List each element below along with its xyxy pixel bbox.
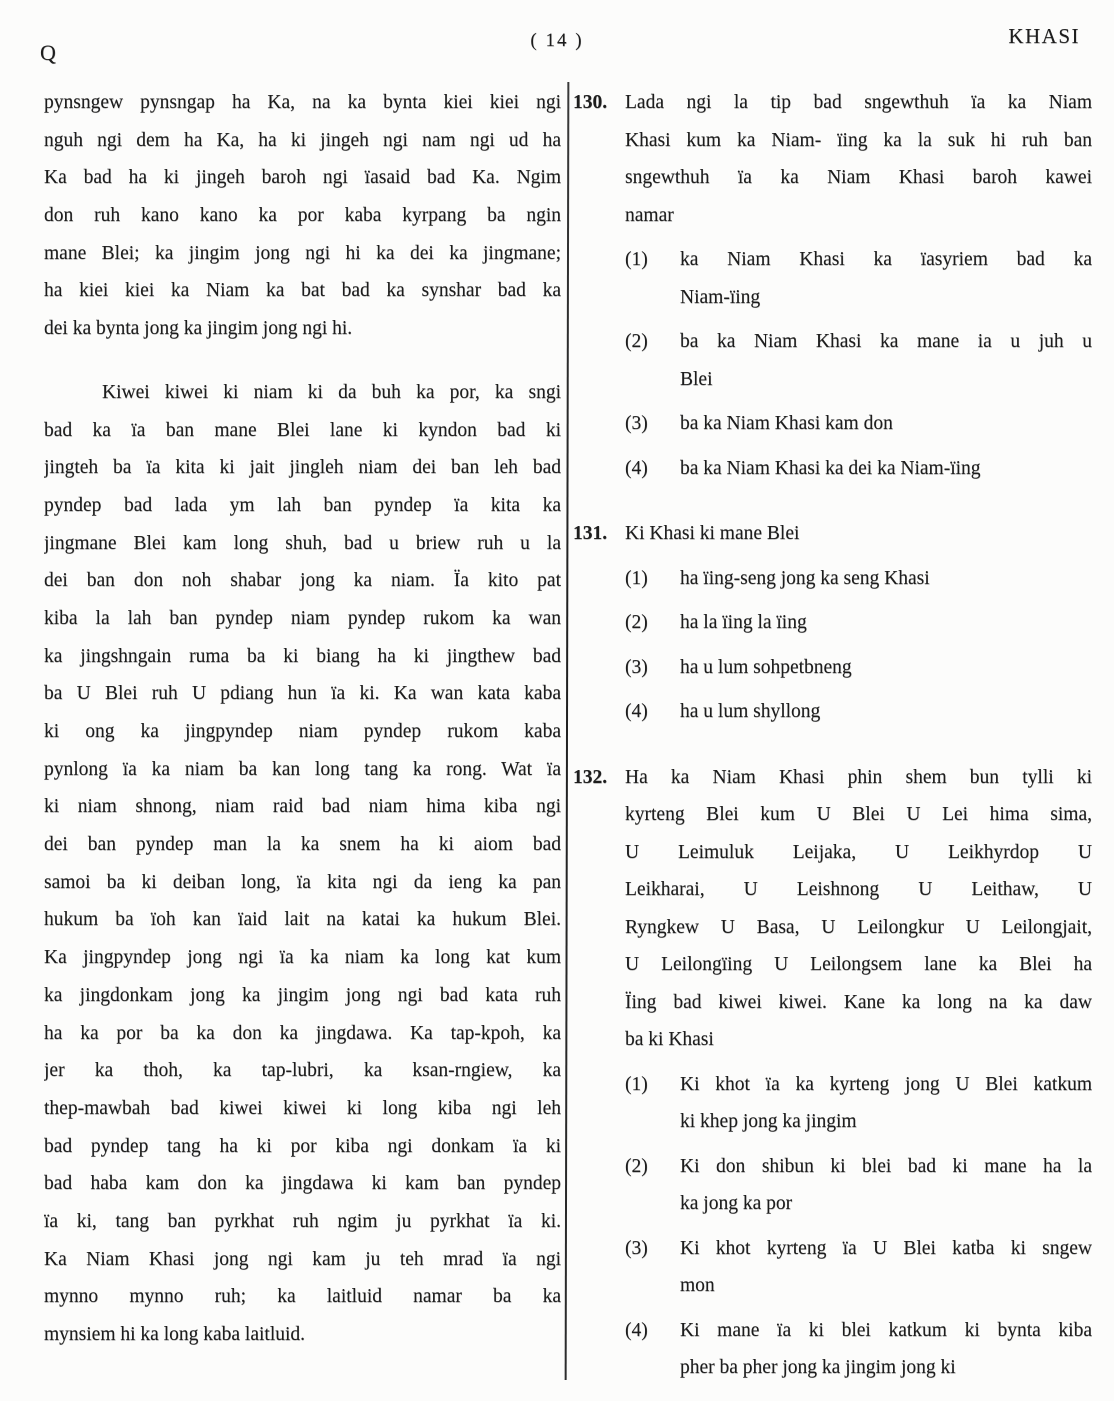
options-list: (1) ha ïing-seng jong ka seng Khasi (2) … bbox=[625, 560, 1092, 731]
text-line: mane Blei; ka jingim jong ngi hi ka dei … bbox=[44, 235, 561, 273]
options-list: (1) ka Niam Khasi ka ïasyriem bad kaNiam… bbox=[625, 241, 1092, 487]
text-line: ki ong ka jingpyndep niam pyndep rukom k… bbox=[44, 713, 561, 751]
question-130: 130. Lada ngi la tip bad sngewthuh ïa ka… bbox=[573, 84, 1092, 487]
option-130-2: (2) ba ka Niam Khasi ka mane ia u juh uB… bbox=[625, 323, 1092, 398]
text-line: Ka bad ha ki jingeh baroh ngi ïasaid bad… bbox=[44, 159, 561, 197]
text-line: pynsngew pynsngap ha Ka, na ka bynta kie… bbox=[44, 84, 561, 122]
text-line: Ki Khasi ki mane Blei bbox=[625, 515, 1092, 553]
question-body: Ha ka Niam Khasi phin shem bun tylli kik… bbox=[625, 759, 1092, 1387]
text-line: Khasi kum ka Niam- ïing ka la suk hi ruh… bbox=[625, 122, 1092, 160]
text-line: pyndep bad lada ym lah ban pyndep ïa kit… bbox=[44, 487, 561, 525]
text-line: jer ka thoh, ka tap-lubri, ka ksan-rngie… bbox=[44, 1052, 561, 1090]
option-text: Ki khot ïa ka kyrteng jong U Blei katkum… bbox=[680, 1066, 1092, 1141]
text-line: ba ka Niam Khasi ka mane ia u juh u bbox=[680, 323, 1092, 361]
option-text: Ki mane ïa ki blei katkum ki bynta kibap… bbox=[680, 1312, 1092, 1387]
text-line: kyrteng Blei kum U Blei U Lei hima sima, bbox=[625, 796, 1092, 834]
text-line: ba U Blei ruh U pdiang hun ïa ki. Ka wan… bbox=[44, 675, 561, 713]
option-132-1: (1) Ki khot ïa ka kyrteng jong U Blei ka… bbox=[625, 1066, 1092, 1141]
option-text: ha ïing-seng jong ka seng Khasi bbox=[680, 560, 1092, 598]
option-131-4: (4) ha u lum shyllong bbox=[625, 693, 1092, 731]
question-number: 132. bbox=[573, 759, 625, 797]
passage-paragraph-2: Kiwei kiwei ki niam ki da buh ka por, ka… bbox=[44, 374, 561, 1354]
option-text: ha u lum sohpetbneng bbox=[680, 649, 1092, 687]
question-131: 131. Ki Khasi ki mane Blei (1) ha ïing-s… bbox=[573, 515, 1092, 731]
option-text: ba ka Niam Khasi ka mane ia u juh uBlei bbox=[680, 323, 1092, 398]
option-text: Ki don shibun ki blei bad ki mane ha lak… bbox=[680, 1148, 1092, 1223]
question-number: 130. bbox=[573, 84, 625, 122]
option-marker: (1) bbox=[625, 560, 680, 598]
text-line: ba ki Khasi bbox=[625, 1021, 1092, 1059]
text-line: ha la ïing la ïing bbox=[680, 604, 1092, 642]
text-line: ïa ki, tang ban pyrkhat ruh ngim ju pyrk… bbox=[44, 1203, 561, 1241]
option-130-1: (1) ka Niam Khasi ka ïasyriem bad kaNiam… bbox=[625, 241, 1092, 316]
page-number: ( 14 ) bbox=[0, 30, 1114, 52]
option-marker: (3) bbox=[625, 1230, 680, 1268]
option-marker: (4) bbox=[625, 450, 680, 488]
text-line: ka jingshngain ruma ba ki biang ha ki ji… bbox=[44, 638, 561, 676]
text-line: hukum ba ïoh kan ïaid lait na katai ka h… bbox=[44, 901, 561, 939]
text-line: don ruh kano kano ka por kaba kyrpang ba… bbox=[44, 197, 561, 235]
text-line: Ki don shibun ki blei bad ki mane ha la bbox=[680, 1148, 1092, 1186]
question-stem: Ha ka Niam Khasi phin shem bun tylli kik… bbox=[625, 759, 1092, 1059]
text-line: ka jong ka por bbox=[680, 1185, 1092, 1223]
text-line: ha u lum shyllong bbox=[680, 693, 1092, 731]
subject-title: KHASI bbox=[1008, 24, 1080, 49]
text-line: Ka Niam Khasi jong ngi kam ju teh mrad ï… bbox=[44, 1241, 561, 1279]
text-line: Ka jingpyndep jong ngi ïa ka niam ka lon… bbox=[44, 939, 561, 977]
question-stem: Lada ngi la tip bad sngewthuh ïa ka Niam… bbox=[625, 84, 1092, 234]
text-line: Ryngkew U Basa, U Leilongkur U Leilongja… bbox=[625, 909, 1092, 947]
text-line: jingteh ba ïa kita ki jait jingleh niam … bbox=[44, 449, 561, 487]
option-132-4: (4) Ki mane ïa ki blei katkum ki bynta k… bbox=[625, 1312, 1092, 1387]
text-line: ki niam shnong, niam raid bad niam hima … bbox=[44, 788, 561, 826]
options-list: (1) Ki khot ïa ka kyrteng jong U Blei ka… bbox=[625, 1066, 1092, 1387]
text-line: dei ka bynta jong ka jingim jong ngi hi. bbox=[44, 310, 561, 348]
option-text: ha la ïing la ïing bbox=[680, 604, 1092, 642]
text-line: mynno mynno ruh; ka laitluid namar ba ka bbox=[44, 1278, 561, 1316]
option-130-4: (4) ba ka Niam Khasi ka dei ka Niam-ïing bbox=[625, 450, 1092, 488]
option-marker: (1) bbox=[625, 241, 680, 279]
option-marker: (1) bbox=[625, 1066, 680, 1104]
question-number: 131. bbox=[573, 515, 625, 553]
text-line: Ïing bad kiwei kiwei. Kane ka long na ka… bbox=[625, 984, 1092, 1022]
text-line: bad pyndep tang ha ki por kiba ngi donka… bbox=[44, 1128, 561, 1166]
option-text: ba ka Niam Khasi kam don bbox=[680, 405, 1092, 443]
option-marker: (3) bbox=[625, 405, 680, 443]
option-132-2: (2) Ki don shibun ki blei bad ki mane ha… bbox=[625, 1148, 1092, 1223]
scanned-exam-page: Q ( 14 ) KHASI pynsngew pynsngap ha Ka, … bbox=[0, 0, 1114, 1401]
text-line: bad haba kam don ka jingdawa ki kam ban … bbox=[44, 1165, 561, 1203]
option-131-3: (3) ha u lum sohpetbneng bbox=[625, 649, 1092, 687]
text-line: Ha ka Niam Khasi phin shem bun tylli ki bbox=[625, 759, 1092, 797]
text-line: Lada ngi la tip bad sngewthuh ïa ka Niam bbox=[625, 84, 1092, 122]
text-line: ki khep jong ka jingim bbox=[680, 1103, 1092, 1141]
question-body: Lada ngi la tip bad sngewthuh ïa ka Niam… bbox=[625, 84, 1092, 487]
option-marker: (2) bbox=[625, 604, 680, 642]
option-text: ba ka Niam Khasi ka dei ka Niam-ïing bbox=[680, 450, 1092, 488]
text-line: ha ïing-seng jong ka seng Khasi bbox=[680, 560, 1092, 598]
text-line: Blei bbox=[680, 361, 1092, 399]
text-line: ka jingdonkam jong ka jingim jong ngi ba… bbox=[44, 977, 561, 1015]
option-text: ka Niam Khasi ka ïasyriem bad kaNiam-ïin… bbox=[680, 241, 1092, 316]
text-line: pynlong ïa ka niam ba kan long tang ka r… bbox=[44, 751, 561, 789]
text-line: U Leimuluk Leijaka, U Leikhyrdop U bbox=[625, 834, 1092, 872]
text-line: bad ka ïa ban mane Blei lane ki kyndon b… bbox=[44, 412, 561, 450]
option-marker: (2) bbox=[625, 323, 680, 361]
column-divider bbox=[565, 82, 570, 1380]
text-line: Kiwei kiwei ki niam ki da buh ka por, ka… bbox=[44, 374, 561, 412]
option-marker: (4) bbox=[625, 693, 680, 731]
text-line: Ki khot kyrteng ïa U Blei katba ki sngew bbox=[680, 1230, 1092, 1268]
text-line: namar bbox=[625, 197, 1092, 235]
option-text: Ki khot kyrteng ïa U Blei katba ki sngew… bbox=[680, 1230, 1092, 1305]
text-line: samoi ba ki deiban long, ïa kita ngi da … bbox=[44, 864, 561, 902]
text-line: thep-mawbah bad kiwei kiwei ki long kiba… bbox=[44, 1090, 561, 1128]
text-line: ha ka por ba ka don ka jingdawa. Ka tap-… bbox=[44, 1015, 561, 1053]
text-line: Ki mane ïa ki blei katkum ki bynta kiba bbox=[680, 1312, 1092, 1350]
question-132: 132. Ha ka Niam Khasi phin shem bun tyll… bbox=[573, 759, 1092, 1387]
passage-paragraph-1: pynsngew pynsngap ha Ka, na ka bynta kie… bbox=[44, 84, 561, 348]
questions-column: 130. Lada ngi la tip bad sngewthuh ïa ka… bbox=[573, 84, 1092, 1387]
question-body: Ki Khasi ki mane Blei (1) ha ïing-seng j… bbox=[625, 515, 1092, 731]
text-line: ba ka Niam Khasi kam don bbox=[680, 405, 1092, 443]
option-131-2: (2) ha la ïing la ïing bbox=[625, 604, 1092, 642]
text-line: ha u lum sohpetbneng bbox=[680, 649, 1092, 687]
text-line: pher ba pher jong ka jingim jong ki bbox=[680, 1349, 1092, 1387]
text-line: dei ban don noh shabar jong ka niam. Ïa … bbox=[44, 562, 561, 600]
text-line: mon bbox=[680, 1267, 1092, 1305]
option-text: ha u lum shyllong bbox=[680, 693, 1092, 731]
option-130-3: (3) ba ka Niam Khasi kam don bbox=[625, 405, 1092, 443]
text-line: U Leilongïing U Leilongsem lane ka Blei … bbox=[625, 946, 1092, 984]
text-line: Ki khot ïa ka kyrteng jong U Blei katkum bbox=[680, 1066, 1092, 1104]
option-131-1: (1) ha ïing-seng jong ka seng Khasi bbox=[625, 560, 1092, 598]
text-line: kiba la lah ban pyndep niam pyndep rukom… bbox=[44, 600, 561, 638]
left-column: pynsngew pynsngap ha Ka, na ka bynta kie… bbox=[44, 84, 561, 1354]
text-line: Niam-ïing bbox=[680, 279, 1092, 317]
text-line: ba ka Niam Khasi ka dei ka Niam-ïing bbox=[680, 450, 1092, 488]
text-line: ka Niam Khasi ka ïasyriem bad ka bbox=[680, 241, 1092, 279]
text-line: ha kiei kiei ka Niam ka bat bad ka synsh… bbox=[44, 272, 561, 310]
text-line: sngewthuh ïa ka Niam Khasi baroh kawei bbox=[625, 159, 1092, 197]
text-line: dei ban pyndep man la ka snem ha ki aiom… bbox=[44, 826, 561, 864]
text-line: nguh ngi dem ha Ka, ha ki jingeh ngi nam… bbox=[44, 122, 561, 160]
text-line: Leikharai, U Leishnong U Leithaw, U bbox=[625, 871, 1092, 909]
option-marker: (4) bbox=[625, 1312, 680, 1350]
option-marker: (2) bbox=[625, 1148, 680, 1186]
text-line: jingmane Blei kam long shuh, bad u briew… bbox=[44, 525, 561, 563]
question-stem: Ki Khasi ki mane Blei bbox=[625, 515, 1092, 553]
option-132-3: (3) Ki khot kyrteng ïa U Blei katba ki s… bbox=[625, 1230, 1092, 1305]
text-line: mynsiem hi ka long kaba laitluid. bbox=[44, 1316, 561, 1354]
option-marker: (3) bbox=[625, 649, 680, 687]
